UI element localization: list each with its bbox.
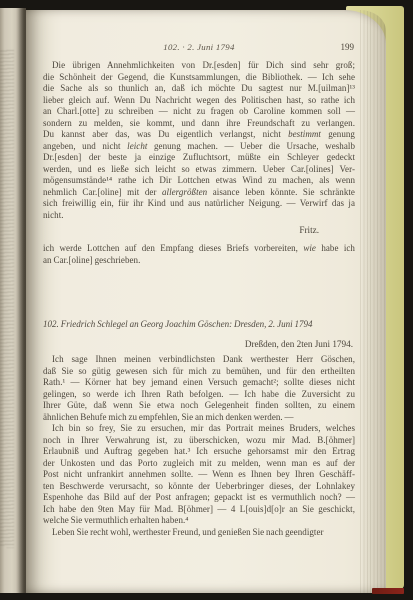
running-header: 102. · 2. Juni 1794 199 bbox=[43, 42, 355, 54]
text-line: die Schönheit der Gegend, die Kunstsamml… bbox=[43, 72, 355, 84]
book-page: 102. · 2. Juni 1794 199 Die übrigen Anne… bbox=[26, 10, 386, 593]
letter-102-body: Ich sage Ihnen meinen verbindlichsten Da… bbox=[43, 354, 355, 538]
text-line: Ich habe den 9ten May für Mad. B[öhmer] … bbox=[43, 504, 355, 516]
paragraph: Ich sage Ihnen meinen verbindlichsten Da… bbox=[43, 354, 355, 423]
text-line: angeben, und nicht leicht genung machen.… bbox=[43, 141, 355, 153]
book-cover-red-corner bbox=[372, 588, 404, 594]
text-line: an Charl.[otte] zu schreiben — nicht zu … bbox=[43, 106, 355, 118]
text-line: die Sache als so thunlich an, daß ich mö… bbox=[43, 83, 355, 95]
text-line: Post nicht unfrankirt annehmen sollte. —… bbox=[43, 469, 355, 481]
text-line: noch in Ihrer Verwahrung ist, zu übersch… bbox=[43, 435, 355, 447]
text-line: nicht. bbox=[43, 210, 355, 222]
page-fore-edge-texture bbox=[360, 10, 386, 593]
letter-signature: Fritz. bbox=[43, 225, 355, 237]
letter-postscript: ich werde Lottchen auf den Empfang diese… bbox=[43, 243, 355, 266]
scanned-book-page-photo: 102. · 2. Juni 1794 199 Die übrigen Anne… bbox=[0, 0, 413, 600]
letter-101-final-paragraph: Die übrigen Annehmlichkeiten von Dr.[esd… bbox=[43, 60, 355, 221]
text-line: ich werde Lottchen auf den Empfang diese… bbox=[43, 243, 355, 255]
text-line: Ihrer Güte, daß wenn Sie etwa noch Geleg… bbox=[43, 400, 355, 412]
text-line: sondern zu melden, sie kommt, und dann i… bbox=[43, 118, 355, 130]
text-line: Ich bin so frey, Sie zu ersuchen, mir da… bbox=[43, 423, 355, 435]
text-line: Leben Sie recht wohl, werthester Freund,… bbox=[43, 527, 355, 539]
paragraph: Ich bin so frey, Sie zu ersuchen, mir da… bbox=[43, 423, 355, 527]
text-line: nehmlich Car.[oline] mit der allergrößte… bbox=[43, 187, 355, 199]
page-number: 199 bbox=[341, 42, 355, 52]
page-text-block: 102. · 2. Juni 1794 199 Die übrigen Anne… bbox=[43, 10, 355, 593]
text-line: mögensumstände¹⁴ rathe ich Dir Lottchen … bbox=[43, 175, 355, 187]
text-line: der Unkosten und das Porto zugleich mit … bbox=[43, 458, 355, 470]
text-line: lieber gleich auf. Wenn Du Nachricht weg… bbox=[43, 95, 355, 107]
text-line: Ich sage Ihnen meinen verbindlichsten Da… bbox=[43, 354, 355, 366]
text-line: Rath.¹ — Körner hat bey jemand einen Ver… bbox=[43, 377, 355, 389]
facing-page-text-blur bbox=[0, 48, 14, 548]
letter-dateline: Dreßden, den 2ten Juni 1794. bbox=[43, 339, 355, 351]
text-line: Erlaubniß und Auftrag gegeben hat.³ Ich … bbox=[43, 446, 355, 458]
text-line: welche Sie vermuthlich erhalten haben.⁴ bbox=[43, 515, 355, 527]
text-line: daß Sie so gütig gewesen sich für mich z… bbox=[43, 366, 355, 378]
text-line: ten Beschwerde verursacht, so könnte der… bbox=[43, 481, 355, 493]
running-title: 102. · 2. Juni 1794 bbox=[43, 42, 355, 52]
text-line: werden, und es ließe sich leicht so etwa… bbox=[43, 164, 355, 176]
text-line: sich freiwillig ein, für ihr Kind und au… bbox=[43, 198, 355, 210]
text-line: Dr.[esden] der beste ja einzige Zuflucht… bbox=[43, 152, 355, 164]
letter-102-heading: 102. Friedrich Schlegel an Georg Joachim… bbox=[43, 319, 355, 331]
text-line: ähnlichen Behufe mich zu empfehlen, Sie … bbox=[43, 412, 355, 424]
text-line: an Car.[oline] geschrieben. bbox=[43, 255, 355, 267]
text-line: Espenhohe das Bild auf der Post anfragen… bbox=[43, 492, 355, 504]
text-line: Du kannst aber das, was Du eigentlich ve… bbox=[43, 129, 355, 141]
paragraph: Leben Sie recht wohl, werthester Freund,… bbox=[43, 527, 355, 539]
text-line: Die übrigen Annehmlichkeiten von Dr.[esd… bbox=[43, 60, 355, 72]
text-line: gelingen, so werde ich Ihren Rath befolg… bbox=[43, 389, 355, 401]
